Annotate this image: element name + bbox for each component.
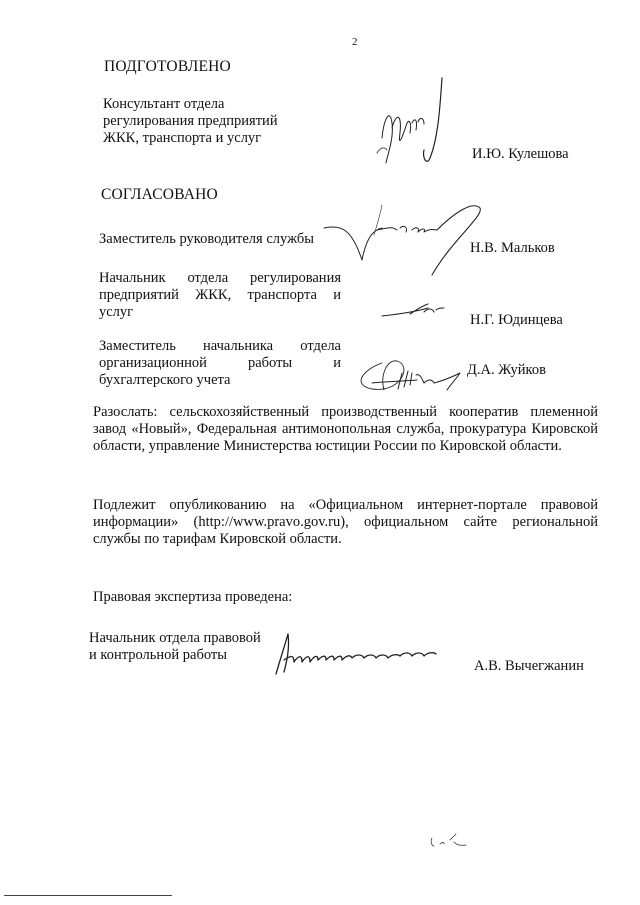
legal-review-statement: Правовая экспертиза проведена: xyxy=(93,589,292,606)
position-line: и контрольной работы xyxy=(89,647,261,664)
signature-zhuykov-icon xyxy=(352,355,464,400)
page-number: 2 xyxy=(352,36,358,48)
agreed-name-1: Н.В. Мальков xyxy=(470,240,555,257)
position-line: Начальник отдела правовой xyxy=(89,630,261,647)
position-line: услуг xyxy=(99,304,341,321)
agreed-position-1: Заместитель руководителя службы xyxy=(99,231,314,248)
signature-kuleshova-icon xyxy=(372,78,462,173)
signature-vychegzhanin-icon xyxy=(270,630,460,678)
position-line: организационной работы и xyxy=(99,355,341,372)
publication-notice: Подлежит опубликованию на «Официальном и… xyxy=(93,497,598,548)
position-line: бухгалтерского учета xyxy=(99,372,341,389)
prepared-position: Консультант отдела регулирования предпри… xyxy=(103,96,343,147)
position-line: предприятий ЖКК, транспорта и xyxy=(99,287,341,304)
position-line: Консультант отдела xyxy=(103,96,343,113)
signature-malkov-icon xyxy=(322,200,492,270)
footer-rule xyxy=(4,895,172,896)
initials-mark-icon xyxy=(428,828,484,852)
legal-review-position: Начальник отдела правовой и контрольной … xyxy=(89,630,261,664)
position-line: Начальник отдела регулирования xyxy=(99,270,341,287)
prepared-heading: ПОДГОТОВЛЕНО xyxy=(104,58,231,76)
prepared-name: И.Ю. Кулешова xyxy=(472,146,569,163)
agreed-heading: СОГЛАСОВАНО xyxy=(101,186,218,204)
position-line: регулирования предприятий xyxy=(103,113,343,130)
agreed-name-2: Н.Г. Юдинцева xyxy=(470,312,563,329)
agreed-position-2: Начальник отдела регулирования предприят… xyxy=(99,270,341,321)
agreed-name-3: Д.А. Жуйков xyxy=(467,362,546,379)
position-line: Заместитель начальника отдела xyxy=(99,338,341,355)
position-line: ЖКК, транспорта и услуг xyxy=(103,130,343,147)
legal-review-name: А.В. Вычегжанин xyxy=(474,658,584,675)
agreed-position-3: Заместитель начальника отдела организаци… xyxy=(99,338,341,389)
distribution-list: Разослать: сельскохозяйственный производ… xyxy=(93,404,598,455)
signature-yudintseva-icon xyxy=(380,300,450,320)
